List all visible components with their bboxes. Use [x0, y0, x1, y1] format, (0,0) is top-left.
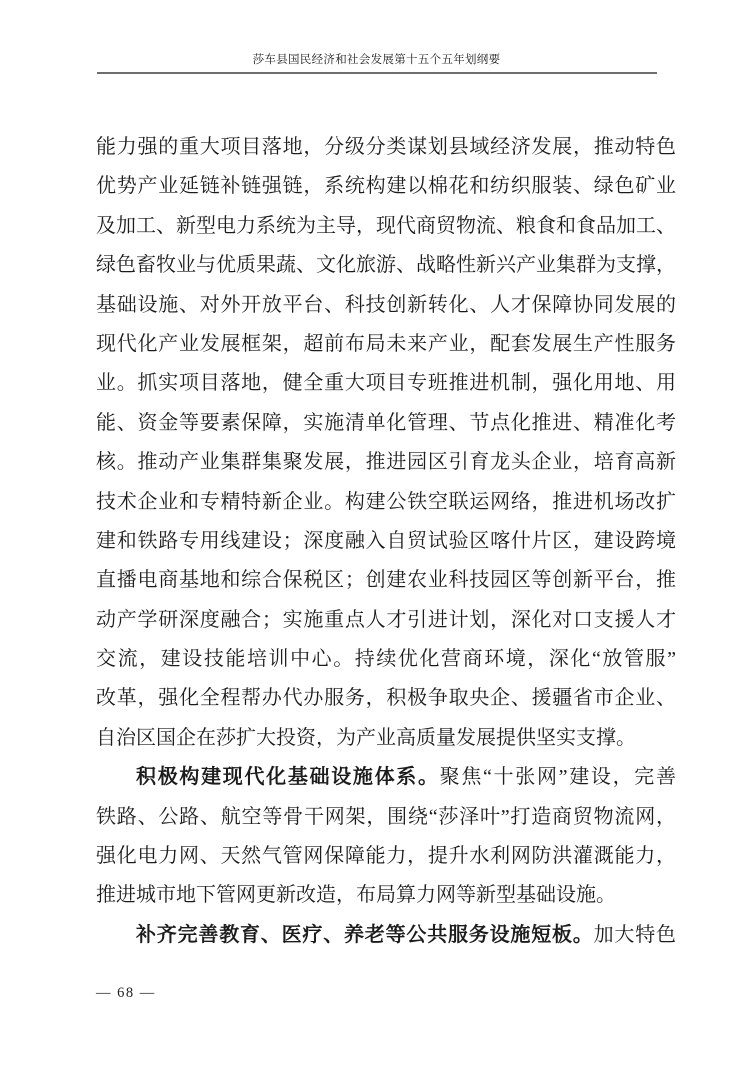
document-page: 莎车县国民经济和社会发展第十五个五年划纲要 能力强的重大项目落地，分级分类谋划县…: [0, 0, 753, 1066]
line-text: 业。抓实项目落地，健全重大项目专班推进机制，强化用地、用: [96, 372, 676, 394]
text-line: 推进城市地下管网更新改造，布局算力网等新型基础设施。: [96, 876, 676, 915]
line-text: 动产学研深度融合；实施重点人才引进计划，深化对口支援人才: [96, 609, 676, 631]
bold-lead: 补齐完善教育、医疗、养老等公共服务设施短板。: [136, 924, 594, 946]
line-text: 加大特色: [594, 924, 676, 946]
bold-lead: 积极构建现代化基础设施体系。: [136, 766, 440, 788]
text-line: 优势产业延链补链强链，系统构建以棉花和纺织服装、绿色矿业: [96, 167, 676, 206]
line-text: 及加工、新型电力系统为主导，现代商贸物流、粮食和食品加工、: [96, 215, 676, 237]
text-line: 强化电力网、天然气管网保障能力，提升水利网防洪灌溉能力，: [96, 837, 676, 876]
line-text: 能力强的重大项目落地，分级分类谋划县域经济发展，推动特色: [96, 136, 676, 158]
line-text: 聚焦“十张网”建设，完善: [440, 766, 676, 788]
line-text: 自治区国企在莎扩大投资，为产业高质量发展提供坚实支撑。: [96, 727, 636, 749]
text-line: 核。推动产业集群集聚发展，推进园区引育龙头企业，培育高新: [96, 443, 676, 482]
text-line: 交流，建设技能培训中心。持续优化营商环境，深化“放管服”: [96, 640, 676, 679]
text-line: 能、资金等要素保障，实施清单化管理、节点化推进、精准化考: [96, 404, 676, 443]
document-body: 能力强的重大项目落地，分级分类谋划县域经济发展，推动特色优势产业延链补链强链，系…: [96, 128, 676, 955]
line-text: 直播电商基地和综合保税区；创建农业科技园区等创新平台，推: [96, 569, 676, 591]
line-text: 绿色畜牧业与优质果蔬、文化旅游、战略性新兴产业集群为支撑，: [96, 254, 676, 276]
line-text: 核。推动产业集群集聚发展，推进园区引育龙头企业，培育高新: [96, 451, 676, 473]
text-line: 直播电商基地和综合保税区；创建农业科技园区等创新平台，推: [96, 561, 676, 600]
line-text: 强化电力网、天然气管网保障能力，提升水利网防洪灌溉能力，: [96, 845, 676, 867]
text-line: 动产学研深度融合；实施重点人才引进计划，深化对口支援人才: [96, 601, 676, 640]
text-line: 积极构建现代化基础设施体系。聚焦“十张网”建设，完善: [96, 758, 676, 797]
line-text: 能、资金等要素保障，实施清单化管理、节点化推进、精准化考: [96, 412, 676, 434]
text-line: 绿色畜牧业与优质果蔬、文化旅游、战略性新兴产业集群为支撑，: [96, 246, 676, 285]
line-text: 推进城市地下管网更新改造，布局算力网等新型基础设施。: [96, 884, 616, 906]
line-text: 建和铁路专用线建设；深度融入自贸试验区喀什片区，建设跨境: [96, 530, 676, 552]
text-line: 铁路、公路、航空等骨干网架，围绕“莎泽叶”打造商贸物流网，: [96, 798, 676, 837]
line-text: 优势产业延链补链强链，系统构建以棉花和纺织服装、绿色矿业: [96, 175, 676, 197]
line-text: 现代化产业发展框架，超前布局未来产业，配套发展生产性服务: [96, 333, 676, 355]
text-line: 自治区国企在莎扩大投资，为产业高质量发展提供坚实支撑。: [96, 719, 676, 758]
line-text: 改革，强化全程帮办代办服务，积极争取央企、援疆省市企业、: [96, 687, 676, 709]
line-text: 铁路、公路、航空等骨干网架，围绕“莎泽叶”打造商贸物流网，: [96, 806, 676, 828]
text-line: 及加工、新型电力系统为主导，现代商贸物流、粮食和食品加工、: [96, 207, 676, 246]
text-line: 能力强的重大项目落地，分级分类谋划县域经济发展，推动特色: [96, 128, 676, 167]
header-rule: [97, 72, 657, 74]
text-line: 建和铁路专用线建设；深度融入自贸试验区喀什片区，建设跨境: [96, 522, 676, 561]
line-text: 技术企业和专精特新企业。构建公铁空联运网络，推进机场改扩: [96, 491, 676, 513]
text-line: 现代化产业发展框架，超前布局未来产业，配套发展生产性服务: [96, 325, 676, 364]
line-text: 交流，建设技能培训中心。持续优化营商环境，深化“放管服”: [96, 648, 676, 670]
text-line: 基础设施、对外开放平台、科技创新转化、人才保障协同发展的: [96, 286, 676, 325]
text-line: 业。抓实项目落地，健全重大项目专班推进机制，强化用地、用: [96, 364, 676, 403]
page-number: — 68 —: [96, 985, 156, 1002]
line-text: 基础设施、对外开放平台、科技创新转化、人才保障协同发展的: [96, 294, 676, 316]
text-line: 技术企业和专精特新企业。构建公铁空联运网络，推进机场改扩: [96, 483, 676, 522]
text-line: 补齐完善教育、医疗、养老等公共服务设施短板。加大特色: [96, 916, 676, 955]
page-header-title: 莎车县国民经济和社会发展第十五个五年划纲要: [0, 51, 753, 67]
text-line: 改革，强化全程帮办代办服务，积极争取央企、援疆省市企业、: [96, 679, 676, 718]
